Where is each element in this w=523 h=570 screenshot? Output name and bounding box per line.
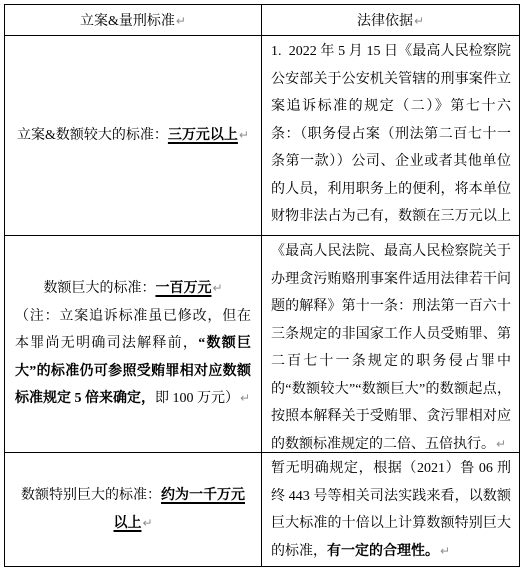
amount-huge-standard-note: （注：立案追诉标准虽已修改，但在本罪尚无明确司法解释前，“数额巨大”的标准仍可参…	[15, 303, 251, 413]
header-cell-standard: 立案&量刑标准↵	[5, 5, 262, 36]
header-legal-basis-text: 法律依据↵	[357, 10, 424, 30]
legal-standards-table: 立案&量刑标准↵ 法律依据↵ 立案&数额较大的标准：三万元以上↵ 1. 2022…	[4, 4, 520, 567]
cell-amount-huge-basis: 《最高人民法院、最高人民检察院关于办理贪污贿赂刑事案件适用法律若干问题的解释》第…	[262, 236, 519, 453]
header-cell-legal-basis: 法律依据↵	[262, 5, 519, 36]
cell-amount-huge-standard: 数额巨大的标准：一百万元↵ （注：立案追诉标准虽已修改，但在本罪尚无明确司法解释…	[5, 236, 262, 453]
cell-amount-larger-standard: 立案&数额较大的标准：三万元以上↵	[5, 36, 262, 236]
amount-especially-huge-basis-text: 暂无明确规定，根据（2021）鲁 06 刑终 443 号等相关司法实践来看，以数…	[271, 455, 511, 565]
amount-especially-huge-standard-text: 数额特别巨大的标准：约为一千万元以上↵	[15, 482, 251, 537]
amount-larger-standard-text: 立案&数额较大的标准：三万元以上↵	[15, 122, 251, 150]
amount-huge-basis-text: 《最高人民法院、最高人民检察院关于办理贪污贿赂刑事案件适用法律若干问题的解释》第…	[271, 238, 511, 453]
cell-amount-especially-huge-basis: 暂无明确规定，根据（2021）鲁 06 刑终 443 号等相关司法实践来看，以数…	[262, 453, 519, 566]
cell-amount-larger-basis: 1. 2022 年 5 月 15 日《最高人民检察院 公安部关于公安机关管辖的刑…	[262, 36, 519, 236]
amount-larger-basis-text: 1. 2022 年 5 月 15 日《最高人民检察院 公安部关于公安机关管辖的刑…	[271, 38, 511, 236]
cell-amount-especially-huge-standard: 数额特别巨大的标准：约为一千万元以上↵	[5, 453, 262, 566]
header-standard-text: 立案&量刑标准↵	[80, 10, 186, 30]
amount-huge-standard-text: 数额巨大的标准：一百万元↵	[15, 275, 251, 303]
